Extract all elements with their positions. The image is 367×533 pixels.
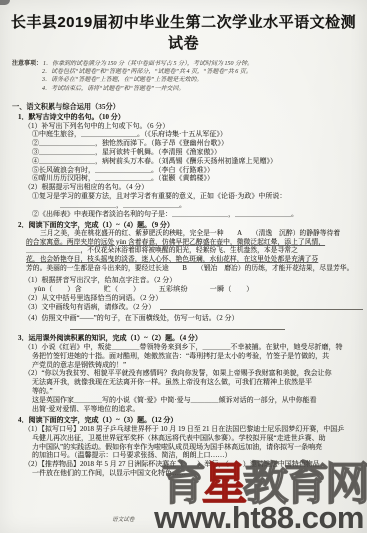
q1-part2-stem: （2）根据提示写出相应的名句。（4 分） <box>24 183 367 192</box>
q3-stem: 3．运用课外阅读积累的知识，完成（1）~（2）题。（4 分） <box>18 334 367 343</box>
passage-line: 三月之美，美在桃花盛开的红、紫萝肥沃的秧畦，完全是一种 A （清逸 沉醉）的静静… <box>26 230 361 239</box>
q3-line: 等的。” <box>32 387 367 396</box>
exam-paper-page: 长丰县2019届初中毕业生第二次学业水平语文检测试卷 注意事项：1．你拿到的试卷… <box>0 0 367 533</box>
q3-line: （2）“你以为我贫穷、相貌平平就没有感情吗？我向你发誓，如果上帝赐予我财富和美貌… <box>24 369 367 378</box>
q3-line: 无法离开我，就像我现在无法离开你一样。虽然上帝没有这么做，可我们在精神上依然是平 <box>32 378 367 387</box>
footer-text: 语文试卷 <box>112 515 134 523</box>
q2-part1-stem: （1）根据拼音写出汉字，给加点字注音。（2 分） <box>24 276 367 285</box>
q3-line: （1）小说《红岩》中，叛徒＿＿＿＿带领特务来到乡下，＿＿＿＿不幸被捕。在狱中，她… <box>24 343 367 352</box>
passage-line: 花，也会娇艳夺目，枝头摇曳的淡香，迷人心怀、艳色斑斓，水仙花样，在这里处处都是充… <box>26 256 361 265</box>
q3-line: 这是英国作家＿＿＿＿写的小说《简·爱》中简·爱与＿＿＿＿倾诉对话的一部分，从中你… <box>32 396 367 405</box>
page-title: 长丰县2019届初中毕业生第二次学业水平语文检测试卷 <box>8 11 359 53</box>
answer-line <box>70 325 285 330</box>
q4-line: 一件放在他们的工作间，以显示中国文化特色…… <box>32 469 367 478</box>
passage-line: ＿＿＿＿＿＿＿＿，不仅花朵沐浴着即将被唤醒的阳光，轻絮纷飞、生机盎然，本是寻常之 <box>26 247 361 256</box>
q4-line: （2）【推荐物品】2018 年 5 月 27 日洲际杯决赛在（ ）举行，（ ）邀… <box>24 460 367 469</box>
blank-line: ＿＿＿＿＿＿＿＿，＿＿＿＿＿＿＿＿。 <box>60 201 367 210</box>
poem-line: ④＿＿＿＿＿＿＿＿，病树前头万木春。（刘禹锡《酬乐天扬州初逢席上见赠》） <box>32 157 367 166</box>
notice-line-text: 1．你拿到的试卷满分为 150 分（其中卷面书写占 5 分），考试时间为 150… <box>43 61 253 67</box>
answer-line <box>160 309 363 310</box>
prompt-line: ①复习是学习的重要方法，且对学习者有重要的意义，正如《论语·为政》中所说： <box>32 192 367 201</box>
q1-stem: 1．默写古诗文中的名句。（10 分） <box>18 113 367 122</box>
watermark-url: www.ht88.com <box>154 500 364 533</box>
q3-line: 务把竹签钉进她的十指。面对酷刑，她傲然宣告：“毒刑拷打是太小的考验，竹签子是竹做… <box>32 352 367 361</box>
q4-stem: 4．阅读下面的文字，完成（1）~（3）题。（12 分） <box>18 416 367 425</box>
q2-part3-row: （3）文中画线句有语病，请修改。（2 分） <box>24 303 363 312</box>
poem-line: ⑥晴川历历汉阳树，＿＿＿＿＿＿＿＿。（崔颢《黄鹤楼》） <box>32 174 367 183</box>
q3-line: 出简·爱对爱情、平等地位的追求。 <box>32 405 367 414</box>
poem-line: ②＿＿＿＿＿＿＿＿，独怆然而涕下。（陈子昂《登幽州台歌》） <box>32 139 367 148</box>
notice-label: 注意事项： <box>12 61 42 67</box>
section-heading: 一、语文积累与综合运用（35分） <box>12 102 367 112</box>
q4-line: （1）【拟写口号】2018 男子乒乓球世界杯于 10 月 19 日至 21 日在… <box>24 425 367 434</box>
notice-line: 4．考试结束后，请将“试题卷”和“答题卷”一并交回。 <box>42 85 357 93</box>
q4-line: 乓健儿再次出征，卫冕世界冠军奖杯（林高远将代表中国队参赛）。学校拟开展“走进世乒… <box>32 434 367 443</box>
passage-line: 芳的。美丽的一生都是奋斗出来的，要经过长途 B （锻冶 磨冶）的历练，才能开花结… <box>26 265 361 274</box>
prompt-line: ②《出师表》中表现作者淡泊名利的句子是：＿＿＿＿＿＿＿＿，＿＿＿＿＿＿＿＿。 <box>32 210 367 219</box>
poem-line: ③＿＿＿＿＿＿＿＿，星河欲转千帆舞。（李清照《渔家傲》） <box>32 148 367 157</box>
q4-line: 的加油口号。（温馨提示：口号要求张扬、简洁，朗朗上口……） <box>32 451 367 460</box>
q2-part3-stem: （3）文中画线句有语病，请修改。（2 分） <box>24 303 155 312</box>
notice-line: 注意事项：1．你拿到的试卷满分为 150 分（其中卷面书写占 5 分），考试时间… <box>12 60 357 68</box>
q2-stem: 2．阅读下面的文字，完成（1）~（4）题。（9 分） <box>18 221 367 230</box>
notice-line: 3．请务必在“答题卷”上答题，在“试题卷”上答题是无效的。 <box>42 76 357 84</box>
notice-section: 注意事项：1．你拿到的试卷满分为 150 分（其中卷面书写占 5 分），考试时间… <box>12 60 357 93</box>
poem-line: ①中庭生旅谷，＿＿＿＿＿＿＿＿。（《乐府诗集·十五从军征》） <box>32 130 367 139</box>
notice-line: 2．试卷包括“试题卷”和“答题卷”两部分，“试题卷”共 4 页，“答题卷”共 6… <box>42 68 357 76</box>
q2-part4-stem: （4）仿照文中画“——”的句子，在下面横线处，仿写一句话。（2 分） <box>24 314 367 323</box>
scan-smudge <box>0 0 10 5</box>
q2-part2-stem: （2）从文中括号里选择恰当的词语。（2 分） <box>24 294 367 303</box>
pinyin-line: yùn（ ）含 贮（ ） 五彩缤纷 一瞬（ ） <box>34 285 367 294</box>
q3-line: 产党员的意志是钢铁铸成的！” <box>32 361 367 370</box>
